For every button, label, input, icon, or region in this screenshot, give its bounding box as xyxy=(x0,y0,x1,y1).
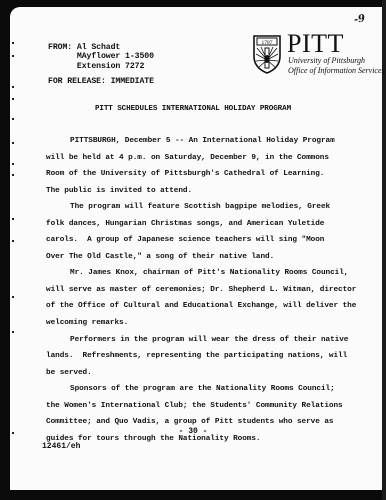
body-line: Sponsors of the program are the National… xyxy=(46,381,356,398)
scan-specks xyxy=(12,0,18,500)
from-line: MAyflower 1-3500 xyxy=(48,52,154,61)
from-line: FROM: Al Schadt xyxy=(48,43,154,52)
body-line: welcoming remarks. xyxy=(46,315,356,332)
body-line: Room of the University of Pittsburgh's C… xyxy=(46,166,356,183)
body-line: The public is invited to attend. xyxy=(46,183,356,200)
body-line: carols. A group of Japanese science teac… xyxy=(46,232,356,249)
body-line: The program will feature Scottish bagpip… xyxy=(46,199,356,216)
body-line: Mr. James Knox, chairman of Pitt's Natio… xyxy=(46,265,356,282)
cathedral-shield-icon: 1787 xyxy=(252,34,282,74)
body-line: Performers in the program will wear the … xyxy=(46,332,356,349)
pitt-logo: 1787 PITT University of Pittsburgh Offic… xyxy=(252,32,382,80)
body-line: will be held at 4 p.m. on Saturday, Dece… xyxy=(46,150,356,167)
press-release-title: PITT SCHEDULES INTERNATIONAL HOLIDAY PRO… xyxy=(0,105,386,113)
body-line: PITTSBURGH, December 5 -- An Internation… xyxy=(46,133,356,150)
handwritten-mark: -9 xyxy=(353,13,366,26)
press-release-body: PITTSBURGH, December 5 -- An Internation… xyxy=(46,133,356,447)
body-line: the Women's International Club; the Stud… xyxy=(46,398,356,415)
logo-wordmark: PITT xyxy=(287,29,344,59)
body-line: Over The Old Castle," a song of their na… xyxy=(46,249,356,266)
release-line: FOR RELEASE: IMMEDIATE xyxy=(48,77,154,86)
page-number: - 30 - xyxy=(0,427,386,436)
reference-code: 12461/eh xyxy=(42,442,80,451)
body-line: folk dances, Hungarian Christmas songs, … xyxy=(46,216,356,233)
body-line: be served. xyxy=(46,365,356,382)
from-line: Extension 7272 xyxy=(48,62,154,71)
svg-text:1787: 1787 xyxy=(262,40,273,46)
logo-university: University of Pittsburgh xyxy=(288,56,365,65)
body-line: of the Office of Cultural and Educationa… xyxy=(46,298,356,315)
from-block: FROM: Al Schadt MAyflower 1-3500 Extensi… xyxy=(48,43,154,71)
scan-edge xyxy=(382,0,386,500)
body-line: lands. Refreshments, representing the pa… xyxy=(46,348,356,365)
logo-office: Office of Information Services xyxy=(288,66,385,75)
body-line: will serve as master of ceremonies; Dr. … xyxy=(46,282,356,299)
